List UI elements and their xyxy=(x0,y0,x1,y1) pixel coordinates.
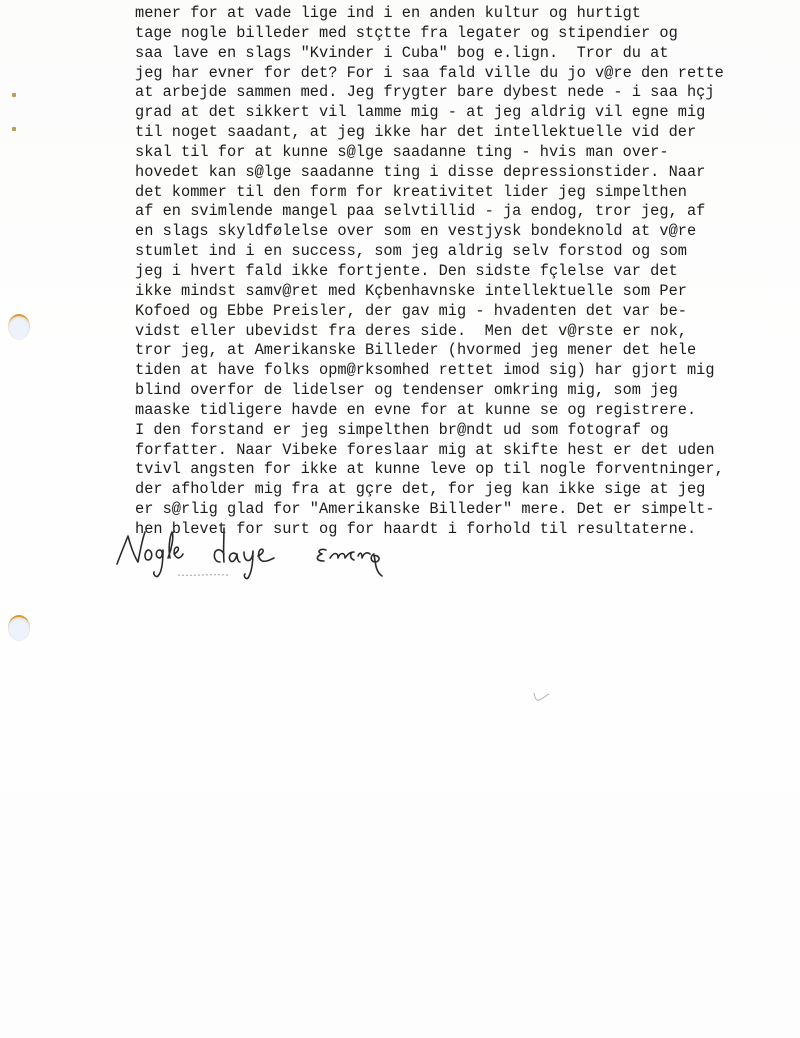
typed-line: I den forstand er jeg simpelthen br@ndt … xyxy=(135,421,724,441)
typed-line: saa lave en slags "Kvinder i Cuba" bog e… xyxy=(135,44,724,64)
typed-line: af en svimlende mangel paa selvtillid - … xyxy=(135,202,724,222)
typed-line: jeg har evner for det? For i saa fald vi… xyxy=(135,64,724,84)
typed-line: at arbejde sammen med. Jeg frygter bare … xyxy=(135,83,724,103)
typed-line: blind overfor de lidelser og tendenser o… xyxy=(135,381,724,401)
staple-mark xyxy=(12,127,16,131)
typed-line: tage nogle billeder med stçtte fra legat… xyxy=(135,24,724,44)
typed-line: en slags skyldfølelse over som en vestjy… xyxy=(135,222,724,242)
typed-line: skal til for at kunne s@lge saadanne tin… xyxy=(135,143,724,163)
handwriting-strokes xyxy=(112,518,482,598)
typed-line: Kofoed og Ebbe Preisler, der gav mig - h… xyxy=(135,302,724,322)
typed-line: tror jeg, at Amerikanske Billeder (hvorm… xyxy=(135,341,724,361)
typed-line: jeg i hvert fald ikke fortjente. Den sid… xyxy=(135,262,724,282)
typed-line: er s@rlig glad for "Amerikanske Billeder… xyxy=(135,500,724,520)
typewritten-body: mener for at vade lige ind i en anden ku… xyxy=(135,4,724,540)
typed-line: mener for at vade lige ind i en anden ku… xyxy=(135,4,724,24)
typed-line: det kommer til den form for kreativitet … xyxy=(135,183,724,203)
typed-line: grad at det sikkert vil lamme mig - at j… xyxy=(135,103,724,123)
typed-line: tiden at have folks opm@rksomhed rettet … xyxy=(135,361,724,381)
typed-line: til noget saadant, at jeg ikke har det i… xyxy=(135,123,724,143)
punch-hole xyxy=(8,615,30,641)
typed-line: tvivl angsten for ikke at kunne leve op … xyxy=(135,460,724,480)
typed-line: stumlet ind i en success, som jeg aldrig… xyxy=(135,242,724,262)
typed-line: vidst eller ubevidst fra deres side. Men… xyxy=(135,322,724,342)
staple-mark xyxy=(12,93,16,97)
typed-line: hovedet kan s@lge saadanne ting i disse … xyxy=(135,163,724,183)
typed-line: der afholder mig fra at gçre det, for je… xyxy=(135,480,724,500)
faint-pencil-mark xyxy=(530,690,554,704)
handwritten-note: Nogle dage senere xyxy=(112,518,482,598)
typed-line: forfatter. Naar Vibeke foreslaar mig at … xyxy=(135,441,724,461)
typed-line: maaske tidligere havde en evne for at ku… xyxy=(135,401,724,421)
typed-line: ikke mindst samv@ret med Kçbenhavnske in… xyxy=(135,282,724,302)
scanned-page: mener for at vade lige ind i en anden ku… xyxy=(0,0,800,1038)
punch-hole xyxy=(8,314,30,340)
